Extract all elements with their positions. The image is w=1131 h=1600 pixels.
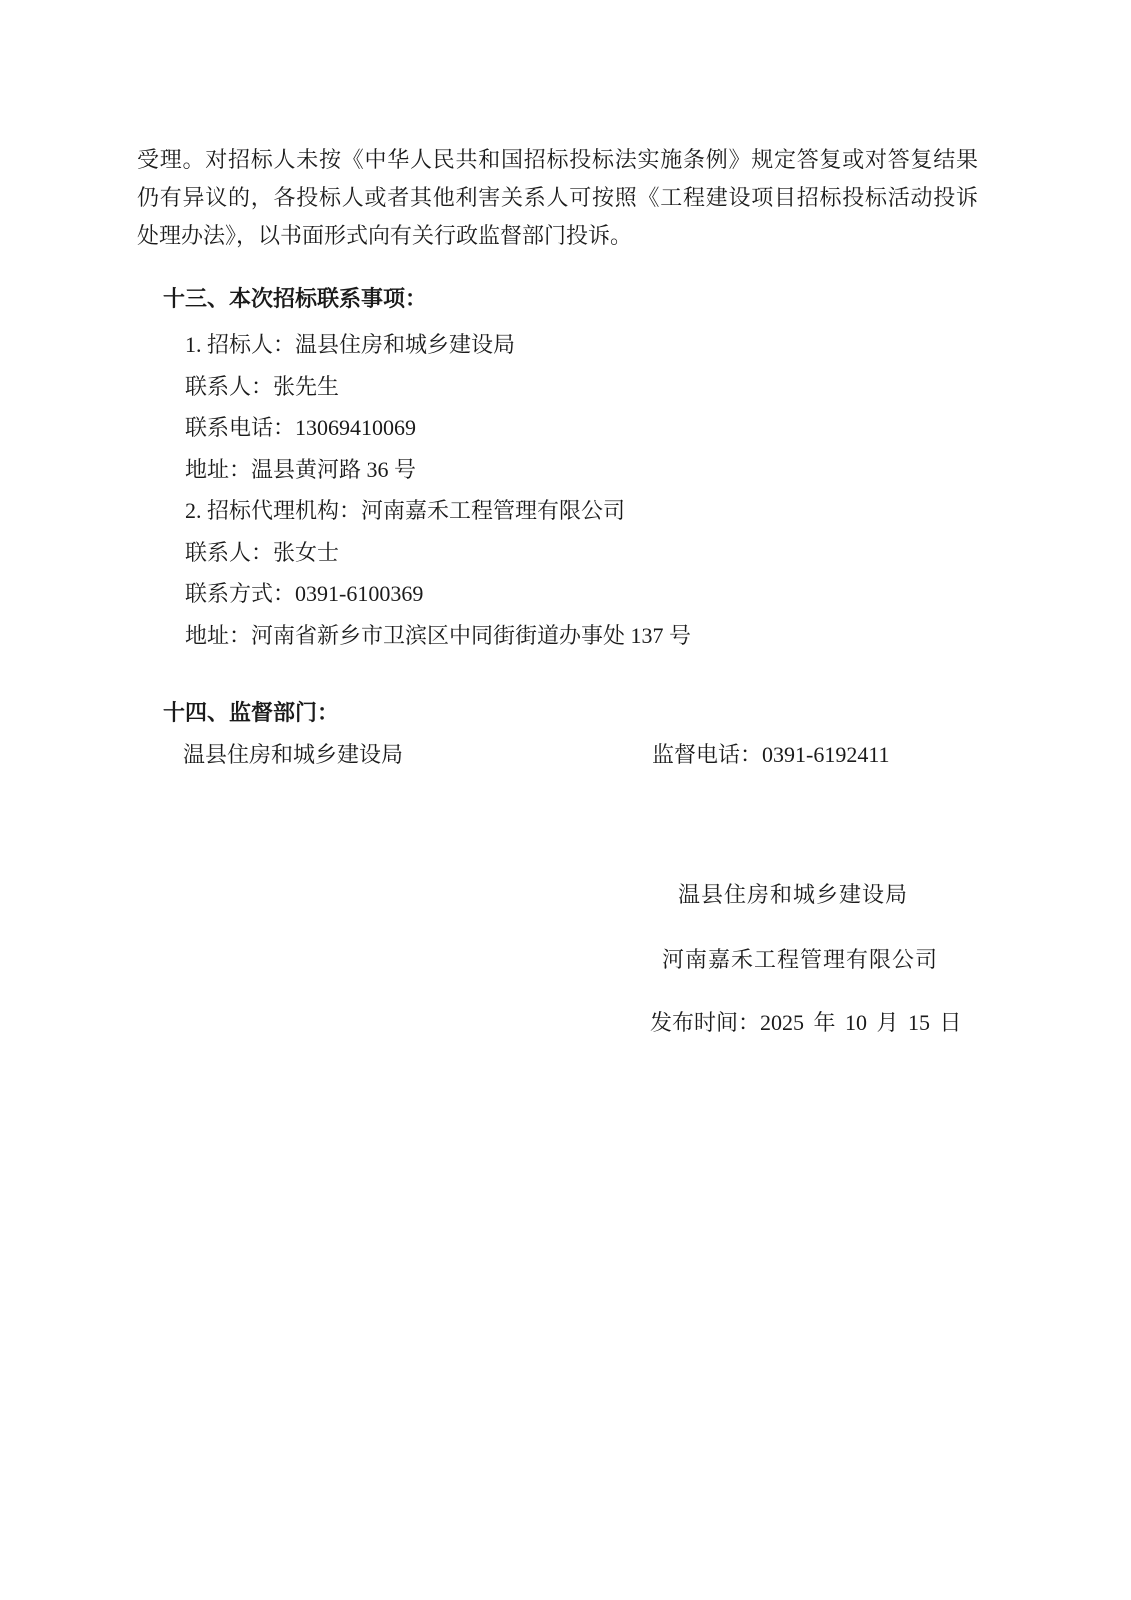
contact-line-address: 地址：温县黄河路 36 号: [185, 449, 691, 491]
contact-line-agency: 2. 招标代理机构：河南嘉禾工程管理有限公司: [185, 490, 691, 532]
signature-agency: 河南嘉禾工程管理有限公司: [662, 947, 938, 973]
contact-line-tenderer: 1. 招标人：温县住房和城乡建设局: [185, 324, 691, 366]
contact-list: 1. 招标人：温县住房和城乡建设局 联系人：张先生 联系电话：130694100…: [185, 324, 691, 656]
paragraph-line: 受理。对招标人未按《中华人民共和国招标投标法实施条例》规定答复或对答复结果: [137, 141, 978, 179]
signature-tenderer: 温县住房和城乡建设局: [678, 882, 908, 908]
complaint-paragraph: 受理。对招标人未按《中华人民共和国招标投标法实施条例》规定答复或对答复结果 仍有…: [137, 141, 978, 255]
supervision-phone: 监督电话：0391-6192411: [652, 742, 890, 768]
contact-line-phone: 联系方式：0391-6100369: [185, 573, 691, 615]
contact-line-person: 联系人：张先生: [185, 366, 691, 408]
section-14-heading: 十四、监督部门：: [163, 699, 339, 727]
document-page: 受理。对招标人未按《中华人民共和国招标投标法实施条例》规定答复或对答复结果 仍有…: [0, 0, 1131, 1600]
contact-line-person: 联系人：张女士: [185, 532, 691, 574]
section-13-heading: 十三、本次招标联系事项：: [163, 285, 427, 313]
signature-publish-date: 发布时间：2025 年 10 月 15 日: [650, 1010, 962, 1036]
contact-line-phone: 联系电话：13069410069: [185, 407, 691, 449]
contact-line-address: 地址：河南省新乡市卫滨区中同街街道办事处 137 号: [185, 615, 691, 657]
paragraph-line: 仍有异议的，各投标人或者其他利害关系人可按照《工程建设项目招标投标活动投诉: [137, 179, 978, 217]
supervision-department: 温县住房和城乡建设局: [183, 742, 403, 768]
paragraph-line: 处理办法》，以书面形式向有关行政监督部门投诉。: [137, 217, 978, 255]
